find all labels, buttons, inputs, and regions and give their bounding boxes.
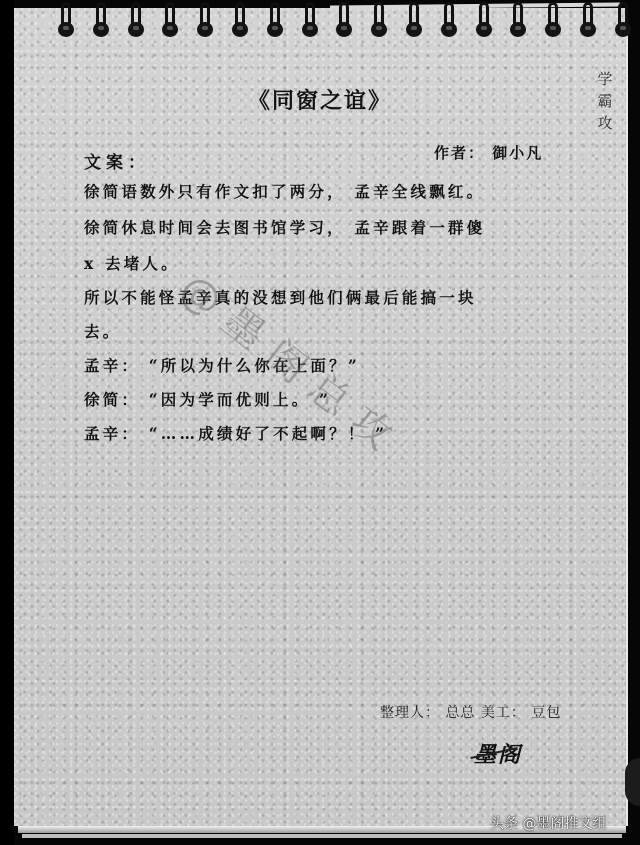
spiral-ring	[128, 2, 144, 38]
spiral-ring	[336, 2, 352, 38]
spiral-ring	[580, 2, 596, 38]
blurb-line: 徐简休息时间会去图书馆学习， 孟辛跟着一群傻	[84, 216, 485, 238]
blurb-line: 徐简语数外只有作文扣了两分， 孟辛全线飘红。	[84, 180, 485, 202]
blurb-label: 文案：	[84, 148, 150, 173]
spiral-ring	[93, 2, 109, 38]
spiral-ring	[406, 2, 422, 38]
spiral-binding	[0, 0, 640, 45]
genre-tag-char: 攻	[595, 112, 615, 134]
author-credit: 作者： 御小凡	[434, 142, 543, 163]
spiral-ring	[441, 2, 457, 38]
spiral-ring	[545, 2, 561, 38]
spiral-ring	[232, 2, 248, 38]
spiral-ring	[510, 2, 526, 38]
genre-tag-char: 学	[595, 68, 615, 90]
spiral-ring	[162, 2, 178, 38]
page-stack-edge-lower	[22, 834, 622, 838]
genre-tag: 学 霸 攻	[595, 68, 615, 134]
blurb-line: 去。	[84, 320, 121, 342]
credits: 整理人： 总总 美工： 豆包	[380, 702, 561, 722]
novel-title: 《同窗之谊》	[248, 84, 392, 115]
spiral-ring	[476, 2, 492, 38]
spiral-ring	[302, 2, 318, 38]
spiral-ring	[615, 2, 631, 38]
binder-clip	[625, 758, 640, 806]
blurb-line: 所以不能怪孟辛真的没想到他们俩最后能搞一块	[84, 286, 477, 308]
background-left	[0, 0, 14, 845]
blurb-line: x 去堵人。	[84, 252, 180, 274]
spiral-ring	[371, 2, 387, 38]
spiral-ring	[267, 2, 283, 38]
spiral-ring	[197, 2, 213, 38]
spiral-ring	[58, 2, 74, 38]
source-watermark: 头条 @墨阁推文组	[490, 813, 606, 833]
genre-tag-char: 霸	[595, 90, 615, 112]
